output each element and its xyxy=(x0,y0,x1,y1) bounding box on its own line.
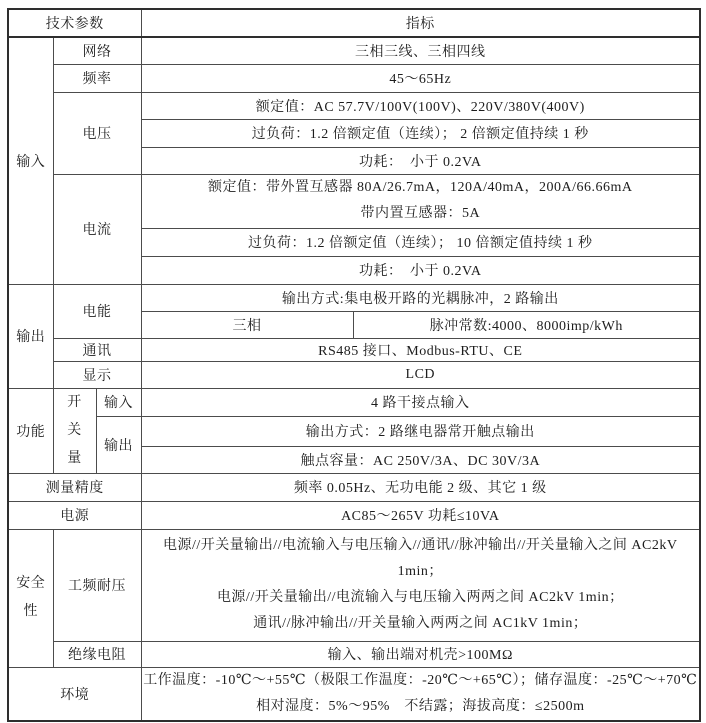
current-rated-value: 额定值：带外置互感器 80A/26.7mA，120A/40mA，200A/66.… xyxy=(141,174,700,228)
accuracy-value: 频率 0.05Hz、无功电能 2 级、其它 1 级 xyxy=(141,473,700,501)
withstand-line1: 电源//开关量输出//电流输入与电压输入//通讯//脉冲输出//开关量输入之间 … xyxy=(142,533,700,559)
environment-line1: 工作温度：-10℃～+55℃（极限工作温度：-20℃～+65℃）；储存温度：-2… xyxy=(142,668,700,694)
dio-output-label: 输出 xyxy=(96,416,141,473)
accuracy-label: 测量精度 xyxy=(8,473,141,501)
current-rated-line1: 额定值：带外置互感器 80A/26.7mA，120A/40mA，200A/66.… xyxy=(142,175,700,201)
withstand-value: 电源//开关量输出//电流输入与电压输入//通讯//脉冲输出//开关量输入之间 … xyxy=(141,529,700,641)
display-value: LCD xyxy=(141,361,700,388)
group-safety-label: 安全性 xyxy=(8,529,53,667)
current-power-value: 功耗： 小于 0.2VA xyxy=(141,256,700,284)
voltage-power-value: 功耗： 小于 0.2VA xyxy=(141,147,700,174)
spec-table: 技术参数 指标 输入 网络 三相三线、三相四线 频率 45～65Hz 电压 额定… xyxy=(7,8,701,722)
power-supply-label: 电源 xyxy=(8,501,141,529)
group-function-label: 功能 xyxy=(8,388,53,473)
energy-label: 电能 xyxy=(53,284,141,338)
withstand-line4: 通讯//脉冲输出//开关量输入两两之间 AC1kV 1min； xyxy=(142,611,700,637)
network-value: 三相三线、三相四线 xyxy=(141,37,700,64)
voltage-rated-value: 额定值：AC 57.7V/100V(100V)、220V/380V(400V) xyxy=(141,92,700,119)
header-indicator: 指标 xyxy=(141,9,700,37)
dio-output-mode-value: 输出方式：2 路继电器常开触点输出 xyxy=(141,416,700,446)
group-output-label: 输出 xyxy=(8,284,53,388)
withstand-line2: 1min； xyxy=(142,559,700,585)
insulation-label: 绝缘电阻 xyxy=(53,641,141,667)
current-overload-value: 过负荷：1.2 倍额定值（连续）； 10 倍额定值持续 1 秒 xyxy=(141,228,700,256)
header-tech-params: 技术参数 xyxy=(8,9,141,37)
current-label: 电流 xyxy=(53,174,141,284)
energy-pulse-value: 脉冲常数:4000、8000imp/kWh xyxy=(353,311,700,338)
display-label: 显示 xyxy=(53,361,141,388)
comm-value: RS485 接口、Modbus-RTU、CE xyxy=(141,338,700,361)
withstand-line3: 电源//开关量输出//电流输入与电压输入两两之间 AC2kV 1min； xyxy=(142,585,700,611)
environment-label: 环境 xyxy=(8,667,141,721)
withstand-label: 工频耐压 xyxy=(53,529,141,641)
energy-mode-value: 输出方式:集电极开路的光耦脉冲，2 路输出 xyxy=(141,284,700,311)
environment-value: 工作温度：-10℃～+55℃（极限工作温度：-20℃～+65℃）；储存温度：-2… xyxy=(141,667,700,721)
power-supply-value: AC85～265V 功耗≤10VA xyxy=(141,501,700,529)
voltage-overload-value: 过负荷：1.2 倍额定值（连续）； 2 倍额定值持续 1 秒 xyxy=(141,119,700,147)
dio-label-text: 开关量 xyxy=(66,389,83,473)
energy-phase-value: 三相 xyxy=(141,311,353,338)
comm-label: 通讯 xyxy=(53,338,141,361)
safety-label-text: 安全性 xyxy=(15,570,47,626)
dio-input-label: 输入 xyxy=(96,388,141,416)
frequency-label: 频率 xyxy=(53,64,141,92)
network-label: 网络 xyxy=(53,37,141,64)
dio-output-capacity-value: 触点容量：AC 250V/3A、DC 30V/3A xyxy=(141,446,700,473)
voltage-label: 电压 xyxy=(53,92,141,174)
dio-label: 开关量 xyxy=(53,388,96,473)
environment-line2: 相对湿度：5%～95% 不结露；海拔高度：≤2500m xyxy=(142,694,700,720)
insulation-value: 输入、输出端对机壳>100MΩ xyxy=(141,641,700,667)
current-rated-line2: 带内置互感器：5A xyxy=(142,201,700,227)
frequency-value: 45～65Hz xyxy=(141,64,700,92)
dio-input-value: 4 路干接点输入 xyxy=(141,388,700,416)
group-input-label: 输入 xyxy=(8,37,53,284)
